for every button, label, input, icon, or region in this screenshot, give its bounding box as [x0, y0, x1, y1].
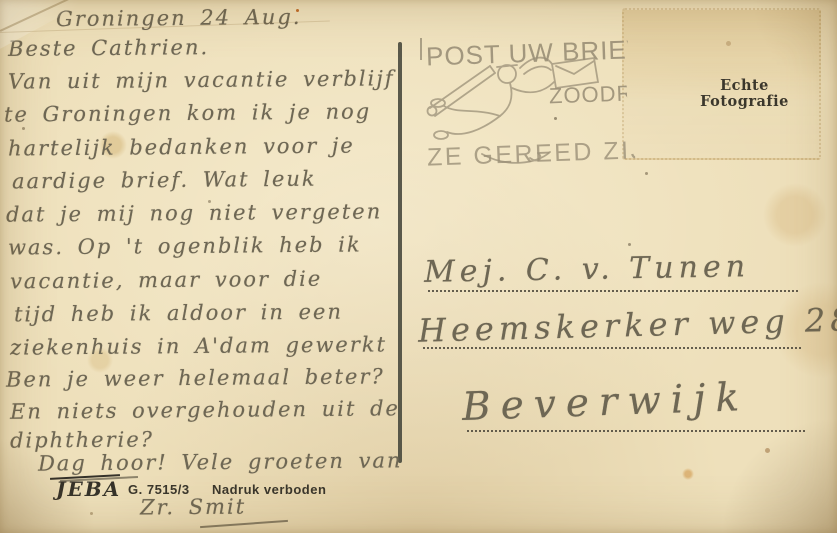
letter-line: aardige brief. Wat leuk: [12, 167, 317, 194]
letter-line: te Groningen kom ik je nog: [4, 99, 371, 126]
letter-line: was. Op 't ogenblik heb ik: [8, 232, 362, 259]
copyright-notice: Nadruk verboden: [212, 482, 326, 497]
letter-line: hartelijk bedanken voor je: [8, 133, 355, 160]
letter-line: En niets overgehouden uit de: [10, 396, 400, 423]
photo-type-label-line2: Fotografie: [672, 94, 817, 110]
address-dotted-line: [428, 290, 798, 292]
address-dotted-line: [467, 430, 805, 432]
publisher-print-code: G. 7515/3: [128, 482, 190, 497]
letter-signature: Zr. Smit: [140, 495, 246, 520]
letter-date: Groningen 24 Aug.: [56, 5, 302, 31]
letter-line: vacantie, maar voor die: [10, 267, 322, 294]
postcard-back: POST UW BRIEVEN ZOODRA ZE GEREED ZIJN Ec…: [0, 0, 837, 533]
postmark: POST UW BRIEVEN ZOODRA ZE GEREED ZIJN: [400, 30, 640, 190]
letter-line: Ben je weer helemaal beter?: [6, 364, 385, 391]
publisher-logo: JEBA: [56, 477, 121, 501]
letter-line: ziekenhuis in A'dam gewerkt: [10, 332, 387, 359]
photo-type-label: Echte Fotografie: [672, 78, 817, 110]
address-city: Beverwijk: [461, 375, 749, 430]
paper-specks: [296, 9, 299, 12]
letter-salutation: Beste Cathrien.: [8, 35, 209, 61]
letter-line: tijd heb ik aldoor in een: [14, 300, 343, 327]
letter-line: Dag hoor! Vele groeten van: [38, 448, 403, 475]
address-street: Heemskerker weg 28: [418, 300, 837, 349]
letter-line: diphtherie?: [10, 427, 154, 452]
address-recipient: Mej. C. v. Tunen: [424, 249, 751, 290]
postman-figure-icon: [402, 46, 632, 176]
letter-line: Van uit mijn vacantie verblijf: [8, 66, 395, 93]
photo-type-label-line1: Echte: [672, 78, 817, 94]
letter-line: dat je mij nog niet vergeten: [6, 199, 382, 226]
signature-flourish: [200, 520, 288, 528]
